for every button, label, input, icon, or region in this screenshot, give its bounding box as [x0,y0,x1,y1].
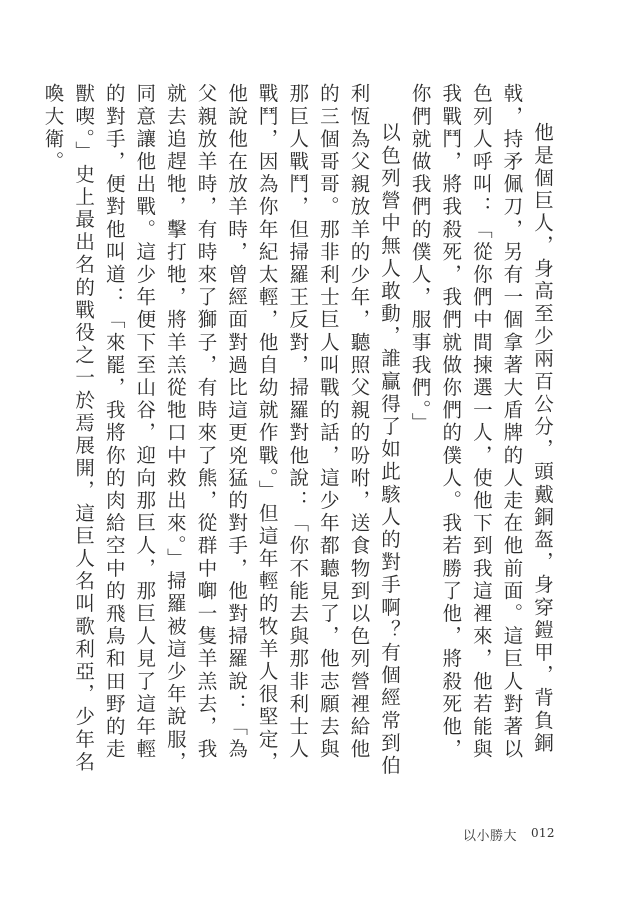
page-number: 012 [531,826,555,840]
running-title: 以小勝大 [463,825,517,844]
book-page: 他是個巨人，身高至少兩百公分，頭戴銅盔，身穿鎧甲，背負銅戟，持矛佩刀，另有一個拿… [0,0,635,900]
page-footer: 以小勝大 012 [0,825,635,845]
paragraph-2: 以色列營中無人敢動，誰贏得了如此駭人的對手啊？有個經常到伯利恆為父親放羊的少年，… [37,83,404,783]
paragraph-1: 他是個巨人，身高至少兩百公分，頭戴銅盔，身穿鎧甲，背負銅戟，持矛佩刀，另有一個拿… [404,83,557,783]
vertical-text-body: 他是個巨人，身高至少兩百公分，頭戴銅盔，身穿鎧甲，背負銅戟，持矛佩刀，另有一個拿… [37,83,557,783]
